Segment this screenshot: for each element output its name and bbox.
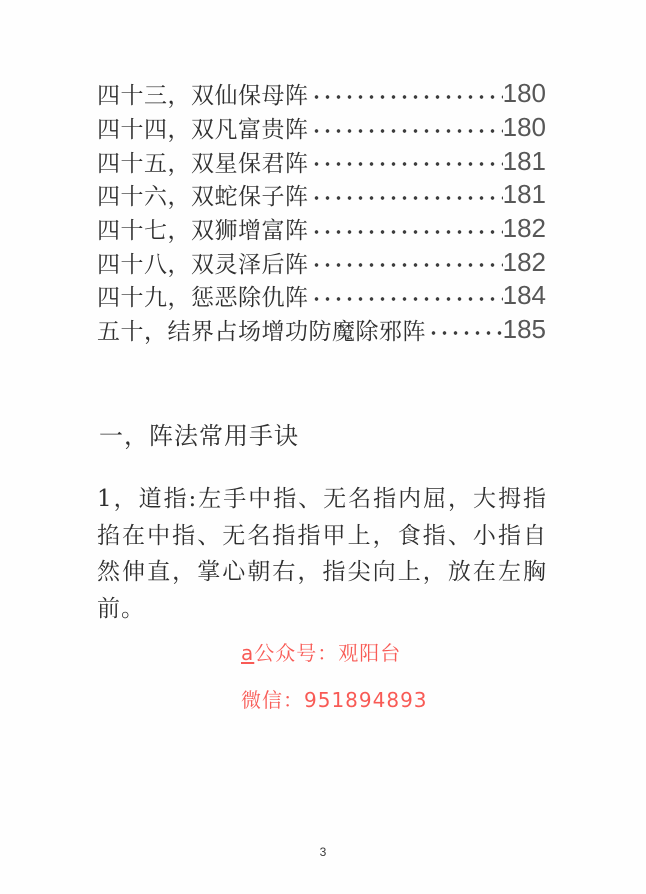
toc-entry-title: 四十七，双狮增富阵 — [97, 212, 309, 245]
toc-entry-title: 四十三，双仙保母阵 — [97, 77, 309, 110]
watermark: a公众号：观阳台 微信：951894893 — [241, 641, 428, 712]
toc-entry-title: 四十八，双灵泽后阵 — [97, 246, 309, 279]
toc-entry-page: 184 — [503, 280, 546, 311]
table-of-contents: 四十三，双仙保母阵 180 四十四，双凡富贵阵 180 四十五，双星保君阵 18… — [97, 77, 546, 347]
page-number: 3 — [0, 845, 646, 859]
toc-dot-leader — [309, 259, 503, 271]
toc-entry: 四十九，惩恶除仇阵 184 — [97, 279, 546, 313]
toc-dot-leader — [309, 293, 503, 305]
toc-dot-leader — [309, 226, 503, 238]
toc-dot-leader — [309, 192, 503, 204]
toc-entry-title: 四十五，双星保君阵 — [97, 145, 309, 178]
watermark-public-account-line: a公众号：观阳台 — [241, 641, 428, 665]
toc-entry: 四十八，双灵泽后阵 182 — [97, 245, 546, 279]
toc-entry: 四十六，双蛇保子阵 181 — [97, 178, 546, 212]
toc-entry-title: 四十九，惩恶除仇阵 — [97, 279, 309, 312]
toc-entry-page: 181 — [503, 146, 546, 177]
body-paragraph: 1，道指:左手中指、无名指内屈，大拇指掐在中指、无名指指甲上，食指、小指自然伸直… — [97, 481, 547, 627]
watermark-public-account-text: 公众号：观阳台 — [254, 641, 401, 665]
toc-entry-title: 五十，结界占场增功防魔除邪阵 — [97, 313, 426, 346]
toc-entry-page: 182 — [503, 213, 546, 244]
toc-entry-page: 185 — [503, 314, 546, 345]
watermark-wechat-line: 微信：951894893 — [241, 688, 428, 712]
toc-entry: 四十五，双星保君阵 181 — [97, 144, 546, 178]
toc-dot-leader — [426, 327, 503, 339]
toc-entry: 四十七，双狮增富阵 182 — [97, 212, 546, 246]
toc-entry-page: 180 — [503, 78, 546, 109]
toc-entry-title: 四十六，双蛇保子阵 — [97, 178, 309, 211]
toc-entry-page: 182 — [503, 247, 546, 278]
toc-dot-leader — [309, 158, 503, 170]
toc-dot-leader — [309, 125, 503, 137]
section-heading: 一，阵法常用手诀 — [99, 416, 299, 451]
toc-entry-title: 四十四，双凡富贵阵 — [97, 111, 309, 144]
toc-entry-page: 181 — [503, 179, 546, 210]
toc-entry: 四十三，双仙保母阵 180 — [97, 77, 546, 111]
toc-entry-page: 180 — [503, 112, 546, 143]
book-page: 四十三，双仙保母阵 180 四十四，双凡富贵阵 180 四十五，双星保君阵 18… — [0, 0, 646, 894]
toc-entry: 五十，结界占场增功防魔除邪阵 185 — [97, 313, 546, 347]
watermark-letter-a: a — [241, 641, 254, 665]
toc-dot-leader — [309, 91, 503, 103]
toc-entry: 四十四，双凡富贵阵 180 — [97, 111, 546, 145]
